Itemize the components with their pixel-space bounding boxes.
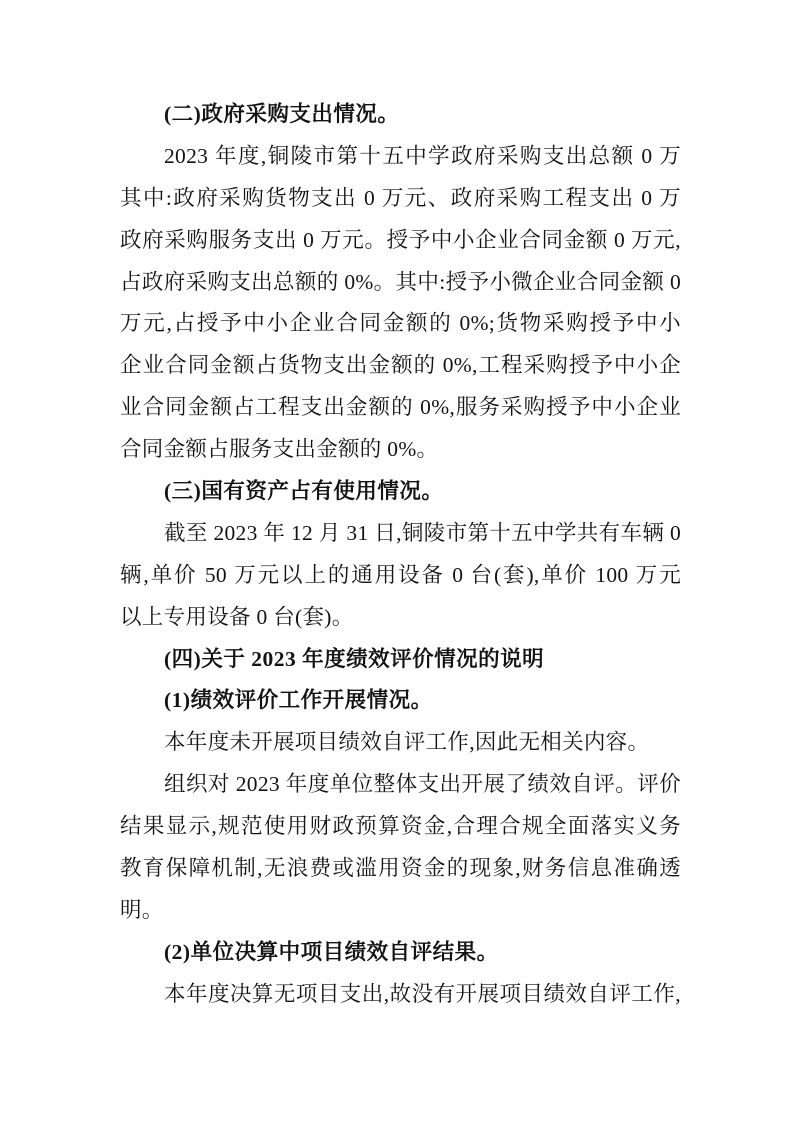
paragraph-line: 万元,占授予中小企业合同金额的 0%;货物采购授予中小 [120,303,681,345]
paragraph-line: 截至 2023 年 12 月 31 日,铜陵市第十五中学共有车辆 0 [120,513,681,555]
subheading-evaluation-work-status: (1)绩效评价工作开展情况。 [120,680,681,722]
paragraph-line: 企业合同金额占货物支出金额的 0%,工程采购授予中小企 [120,345,681,387]
paragraph-line: 2023 年度,铜陵市第十五中学政府采购支出总额 0 万元, [120,136,681,178]
heading-performance-evaluation: (四)关于 2023 年度绩效评价情况的说明 [120,639,681,681]
paragraph-line: 本年度决算无项目支出,故没有开展项目绩效自评工作, [120,974,681,1016]
paragraph-line: 本年度未开展项目绩效自评工作,因此无相关内容。 [120,722,681,764]
paragraph-line: 政府采购服务支出 0 万元。授予中小企业合同金额 0 万元, [120,220,681,262]
paragraph-line: 合同金额占服务支出金额的 0%。 [120,429,681,471]
paragraph-line: 教育保障机制,无浪费或滥用资金的现象,财务信息准确透 [120,848,681,890]
paragraph-line: 占政府采购支出总额的 0%。其中:授予小微企业合同金额 0 [120,262,681,304]
paragraph-line: 辆,单价 50 万元以上的通用设备 0 台(套),单价 100 万元 [120,555,681,597]
heading-state-owned-assets: (三)国有资产占有使用情况。 [120,471,681,513]
paragraph-line: 以上专用设备 0 台(套)。 [120,597,681,639]
paragraph-line: 结果显示,规范使用财政预算资金,合理合规全面落实义务 [120,806,681,848]
paragraph-line: 业合同金额占工程支出金额的 0%,服务采购授予中小企业 [120,387,681,429]
document-page: (二)政府采购支出情况。 2023 年度,铜陵市第十五中学政府采购支出总额 0 … [0,0,793,1122]
paragraph-line: 组织对 2023 年度单位整体支出开展了绩效自评。评价 [120,764,681,806]
heading-gov-procurement-expenditure: (二)政府采购支出情况。 [120,94,681,136]
paragraph-line: 明。 [120,890,681,932]
paragraph-line: 其中:政府采购货物支出 0 万元、政府采购工程支出 0 万元、 [120,178,681,220]
subheading-project-self-evaluation-results: (2)单位决算中项目绩效自评结果。 [120,932,681,974]
